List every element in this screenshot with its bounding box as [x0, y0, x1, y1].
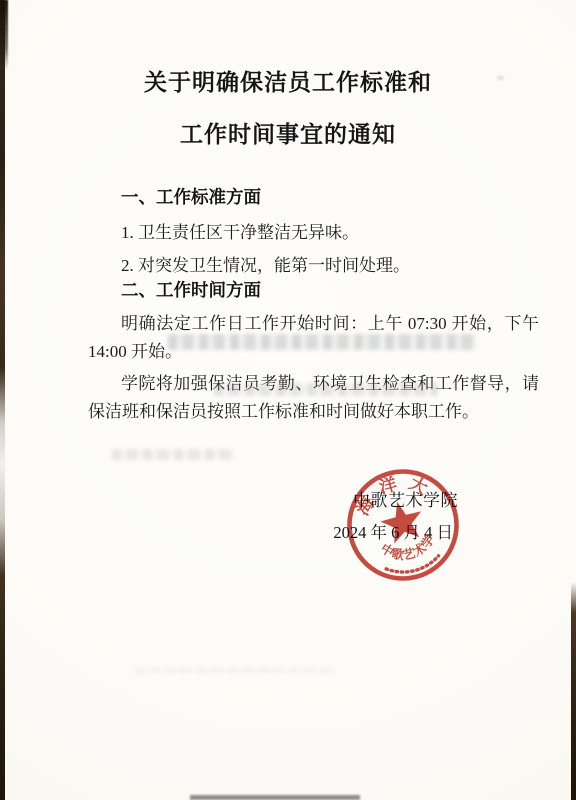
- scan-edge-right: [571, 582, 576, 800]
- paragraph1-line1: 明确法定工作日工作开始时间：上午 07:30 开始，下午: [88, 309, 539, 334]
- scan-speck: [497, 76, 504, 80]
- list-item-2: 2. 对突发卫生情况，能第一时间处理。: [88, 251, 539, 276]
- seal-star-icon: [377, 497, 427, 546]
- paragraph2-line2: 保洁班和保洁员按照工作标准和时间做好本职工作。: [88, 397, 506, 422]
- document-title: 关于明确保洁员工作标准和 工作时间事宜的通知: [0, 64, 576, 149]
- scan-corner-top-left: [0, 0, 8, 70]
- bleed-through-artifact: [168, 334, 478, 350]
- bleed-through-artifact: [112, 449, 236, 460]
- scan-edge-bottom: [190, 795, 360, 800]
- scanned-notice-page: 关于明确保洁员工作标准和 工作时间事宜的通知 一、工作标准方面 1. 卫生责任区…: [0, 0, 576, 800]
- title-line-1: 关于明确保洁员工作标准和: [0, 64, 576, 97]
- bleed-through-artifact: [214, 383, 438, 396]
- scan-speck: [135, 668, 335, 673]
- list-item-1: 1. 卫生责任区干净整洁无异味。: [88, 218, 539, 243]
- section1-heading: 一、工作标准方面: [88, 184, 539, 209]
- section2-heading: 二、工作时间方面: [88, 277, 539, 302]
- title-line-2: 工作时间事宜的通知: [0, 116, 576, 149]
- official-seal: 海洋大学 中歌艺术学院: [340, 462, 466, 588]
